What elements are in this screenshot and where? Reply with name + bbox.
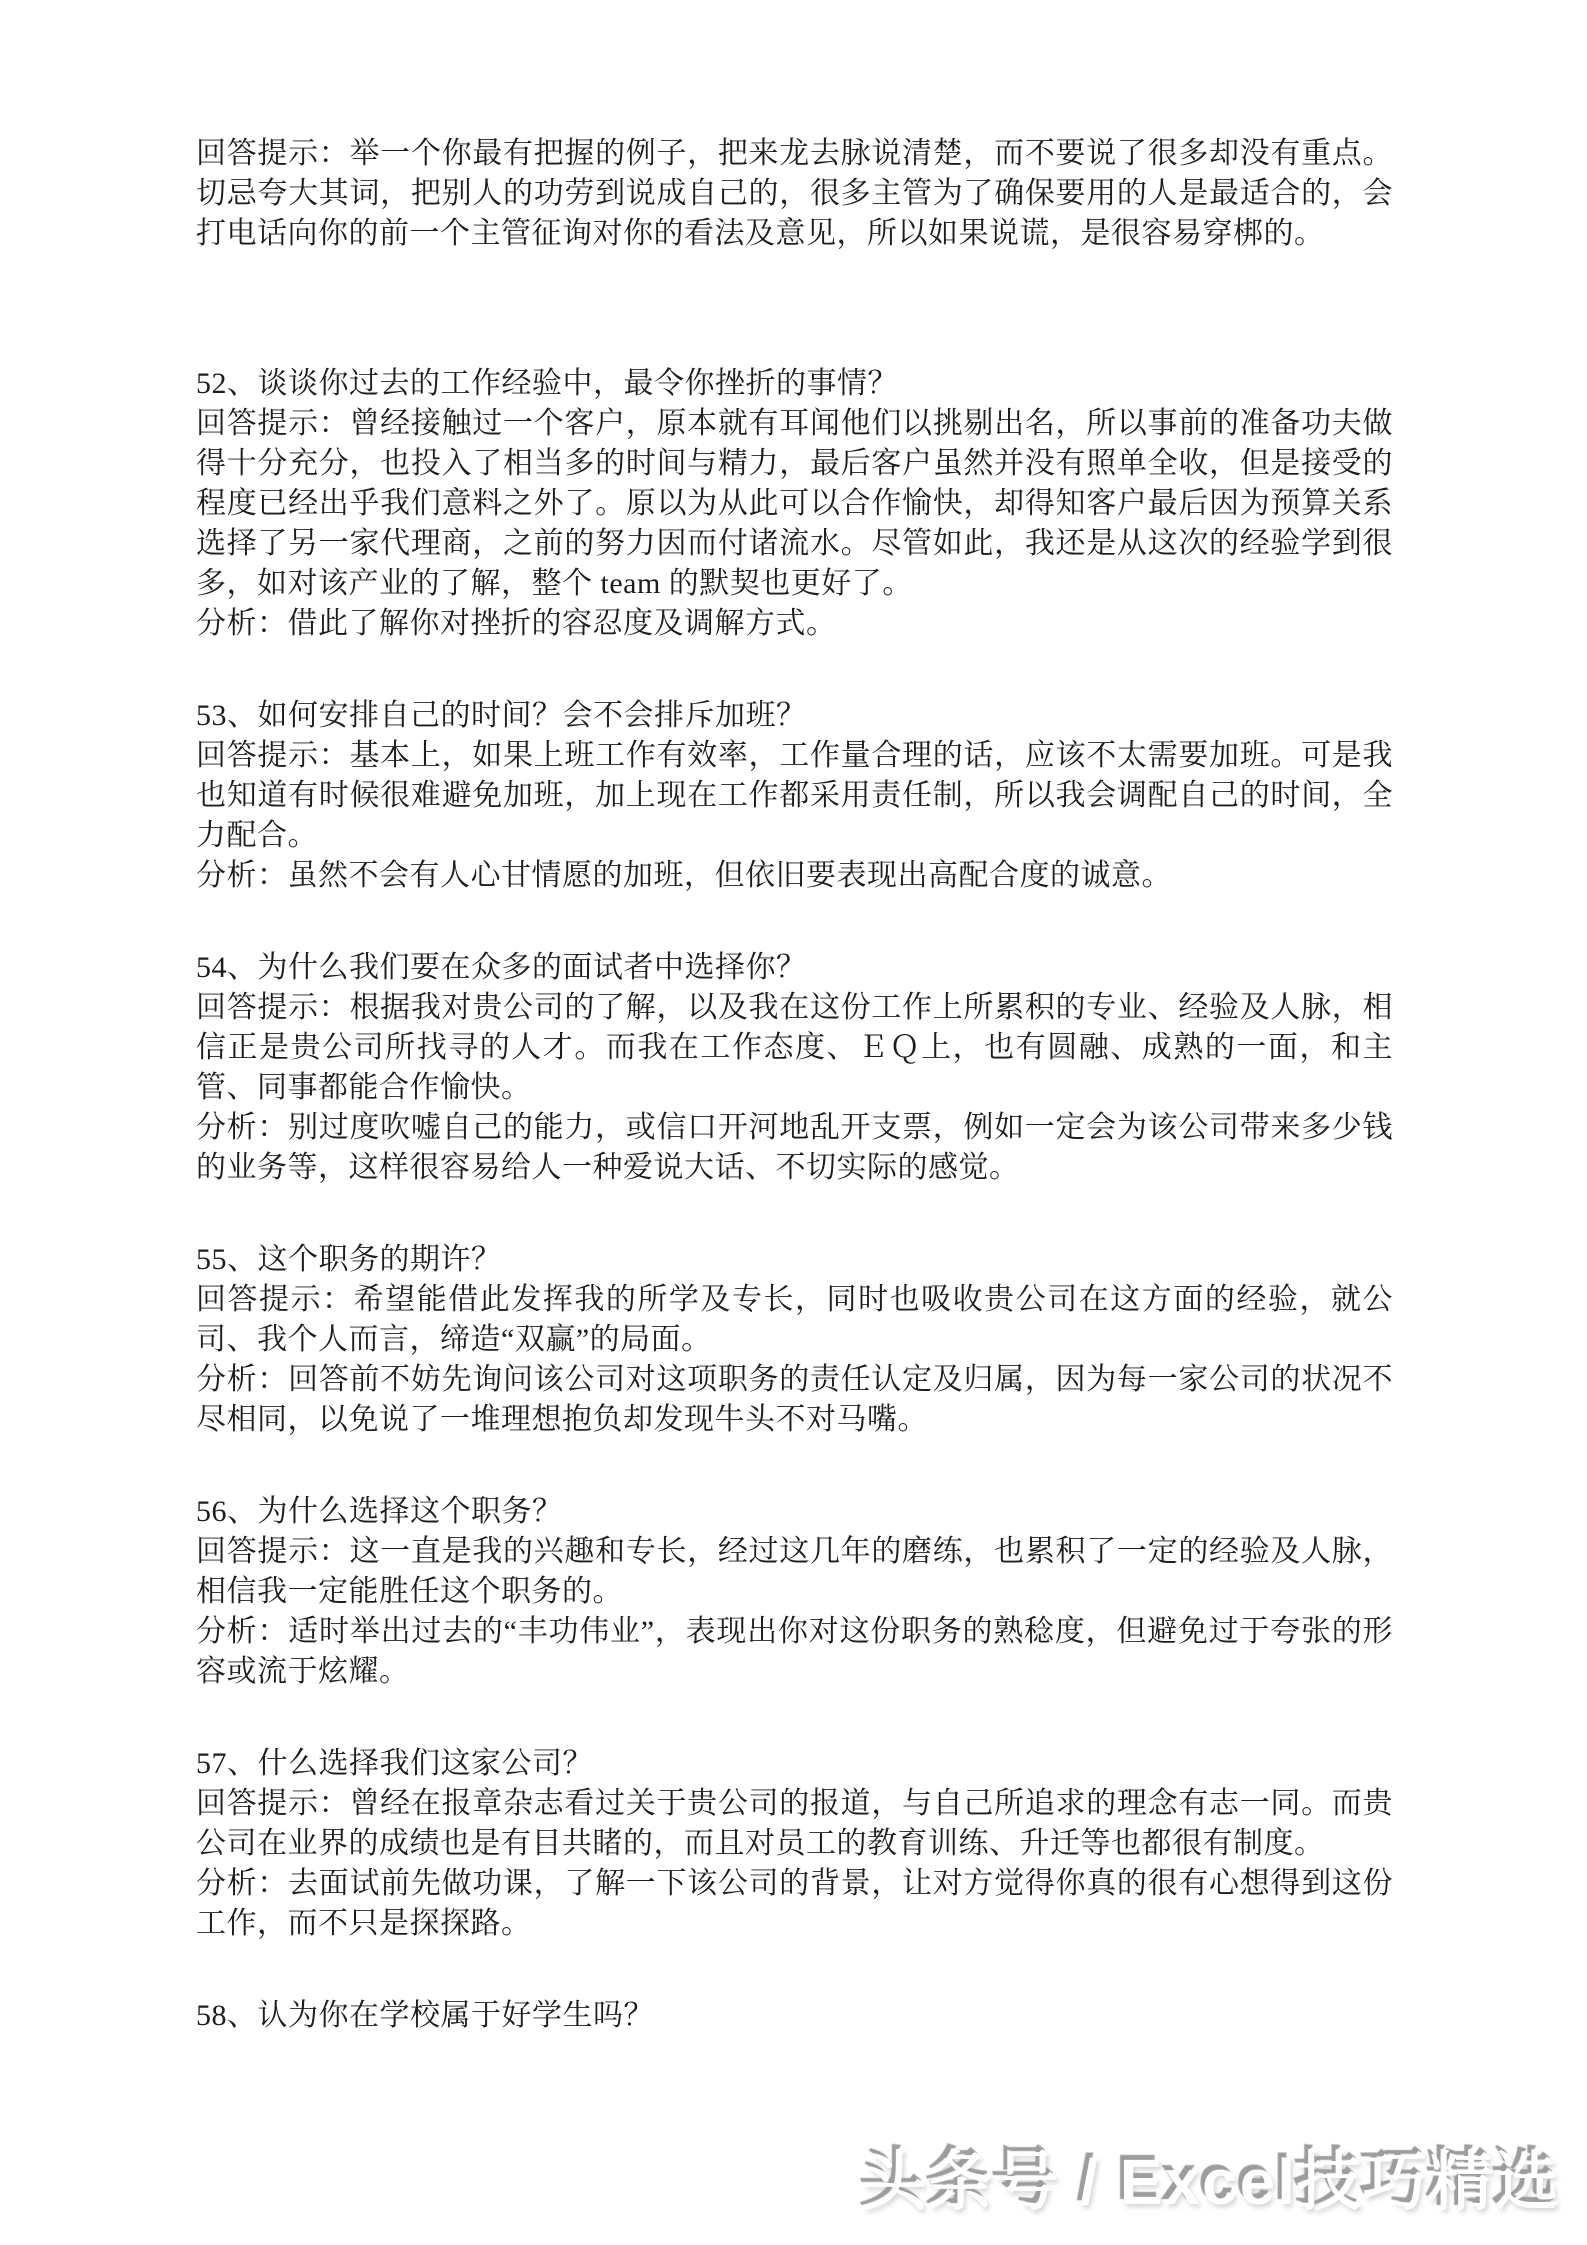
document-content: 回答提示：举一个你最有把握的例子，把来龙去脉说清楚，而不要说了很多却没有重点。切… [0, 0, 1587, 2036]
question-analysis: 分析：别过度吹嘘自己的能力，或信口开河地乱开支票，例如一定会为该公司带来多少钱的… [196, 1108, 1393, 1188]
document-page: 回答提示：举一个你最有把握的例子，把来龙去脉说清楚，而不要说了很多却没有重点。切… [0, 0, 1587, 2245]
question-answer: 回答提示：曾经接触过一个客户，原本就有耳闻他们以挑剔出名，所以事前的准备功夫做得… [196, 404, 1393, 604]
question-block-56: 56、为什么选择这个职务？ 回答提示：这一直是我的兴趣和专长，经过这几年的磨练，… [196, 1492, 1393, 1692]
question-analysis: 分析：回答前不妨先询问该公司对这项职务的责任认定及归属，因为每一家公司的状况不尽… [196, 1360, 1393, 1440]
question-answer: 回答提示：曾经在报章杂志看过关于贵公司的报道，与自己所追求的理念有志一同。而贵公… [196, 1784, 1393, 1864]
intro-paragraph: 回答提示：举一个你最有把握的例子，把来龙去脉说清楚，而不要说了很多却没有重点。切… [196, 134, 1393, 254]
question-block-58: 58、认为你在学校属于好学生吗？ [196, 1996, 1393, 2036]
question-title: 53、如何安排自己的时间？会不会排斥加班？ [196, 696, 1393, 736]
question-title: 52、谈谈你过去的工作经验中，最令你挫折的事情？ [196, 364, 1393, 404]
question-block-53: 53、如何安排自己的时间？会不会排斥加班？ 回答提示：基本上，如果上班工作有效率… [196, 696, 1393, 896]
question-answer: 回答提示：希望能借此发挥我的所学及专长，同时也吸收贵公司在这方面的经验，就公司、… [196, 1280, 1393, 1360]
question-answer: 回答提示：根据我对贵公司的了解，以及我在这份工作上所累积的专业、经验及人脉，相信… [196, 988, 1393, 1108]
question-block-52: 52、谈谈你过去的工作经验中，最令你挫折的事情？ 回答提示：曾经接触过一个客户，… [196, 364, 1393, 644]
question-title: 56、为什么选择这个职务？ [196, 1492, 1393, 1532]
question-analysis: 分析：去面试前先做功课，了解一下该公司的背景，让对方觉得你真的很有心想得到这份工… [196, 1864, 1393, 1944]
question-title: 54、为什么我们要在众多的面试者中选择你？ [196, 948, 1393, 988]
question-block-54: 54、为什么我们要在众多的面试者中选择你？ 回答提示：根据我对贵公司的了解，以及… [196, 948, 1393, 1188]
watermark: 头条号 / Excel技巧精选 [862, 2131, 1561, 2223]
question-block-55: 55、这个职务的期许？ 回答提示：希望能借此发挥我的所学及专长，同时也吸收贵公司… [196, 1240, 1393, 1440]
question-block-57: 57、什么选择我们这家公司？ 回答提示：曾经在报章杂志看过关于贵公司的报道，与自… [196, 1744, 1393, 1944]
question-answer: 回答提示：基本上，如果上班工作有效率，工作量合理的话，应该不太需要加班。可是我也… [196, 736, 1393, 856]
question-answer: 回答提示：这一直是我的兴趣和专长，经过这几年的磨练，也累积了一定的经验及人脉，相… [196, 1532, 1393, 1612]
question-analysis: 分析：虽然不会有人心甘情愿的加班，但依旧要表现出高配合度的诚意。 [196, 856, 1393, 896]
question-title: 55、这个职务的期许？ [196, 1240, 1393, 1280]
question-analysis: 分析：借此了解你对挫折的容忍度及调解方式。 [196, 604, 1393, 644]
question-title: 58、认为你在学校属于好学生吗？ [196, 1996, 1393, 2036]
question-title: 57、什么选择我们这家公司？ [196, 1744, 1393, 1784]
question-analysis: 分析：适时举出过去的“丰功伟业”，表现出你对这份职务的熟稔度，但避免过于夸张的形… [196, 1612, 1393, 1692]
